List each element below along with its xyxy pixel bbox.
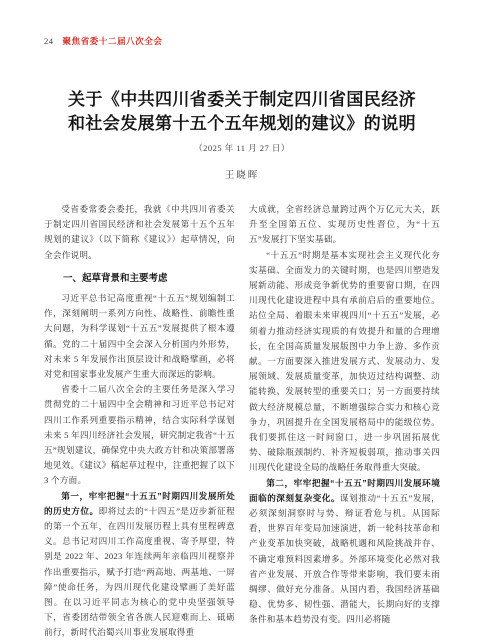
article-title-line1: 关于《中共四川省委关于制定四川省国民经济 [44, 88, 440, 112]
article-title: 关于《中共四川省委关于制定四川省国民经济 和社会发展第十五个五年规划的建议》的说… [44, 88, 440, 135]
paragraph-point2: 第二，牢牢把握“十五五”时期四川发展环境面临的深刻复杂变化。谋划推动“十五五”发… [249, 476, 440, 628]
paragraph-point1: 第一，牢牢把握“十五五”时期四川发展所处的历史方位。即将过去的“十四五”是迈步新… [44, 489, 235, 640]
right-column: 大成就，全省经济总量跨过两个万亿元大关，跃升至全国第五位、实现历史性晋位，为“十… [249, 202, 440, 640]
left-column: 受省委常委会委托，我就《中共四川省委关于制定四川省国民经济和社会发展第十五个五年… [44, 202, 235, 640]
article-title-line2: 和社会发展第十五个五年规划的建议》的说明 [44, 112, 440, 136]
page-number: 24 [44, 36, 54, 46]
page-header: 24 聚焦省委十二届八次全会 [44, 36, 440, 46]
magazine-page: 24 聚焦省委十二届八次全会 关于《中共四川省委关于制定四川省国民经济 和社会发… [0, 0, 484, 640]
article-body: 受省委常委会委托，我就《中共四川省委关于制定四川省国民经济和社会发展第十五个五年… [44, 202, 440, 640]
paragraph-continuation: 大成就，全省经济总量跨过两个万亿元大关，跃升至全国第五位、实现历史性晋位，为“十… [249, 202, 440, 248]
section-heading-1: 一、起草背景和主要考虑 [44, 271, 235, 286]
point2-text: 谋划推动“十五五”发展，必须深刻洞察时与势、辩证看危与机。从国际看，世界百年变局… [249, 493, 440, 625]
article-date: （2025 年 11 月 27 日） [44, 142, 440, 154]
point1-text: 即将过去的“十四五”是迈步新征程的第一个五年，在四川发展历程上具有里程碑意义。总… [44, 506, 235, 638]
paragraph-background-2: 省委十二届八次全会的主要任务是深入学习贯彻党的二十届四中全会精神和习近平总书记对… [44, 382, 235, 488]
article-author: 王晓晖 [44, 167, 440, 181]
paragraph-period-analysis: “十五五”时期是基本实现社会主义现代化夯实基础、全面发力的关键时期，也是四川塑造… [249, 248, 440, 476]
paragraph-background-1: 习近平总书记高度重视“十五五”规划编制工作，深刻阐明一系列方向性、战略性、前瞻性… [44, 291, 235, 382]
paragraph-intro: 受省委常委会委托，我就《中共四川省委关于制定四川省国民经济和社会发展第十五个五年… [44, 202, 235, 263]
section-title: 聚焦省委十二届八次全会 [63, 36, 163, 46]
